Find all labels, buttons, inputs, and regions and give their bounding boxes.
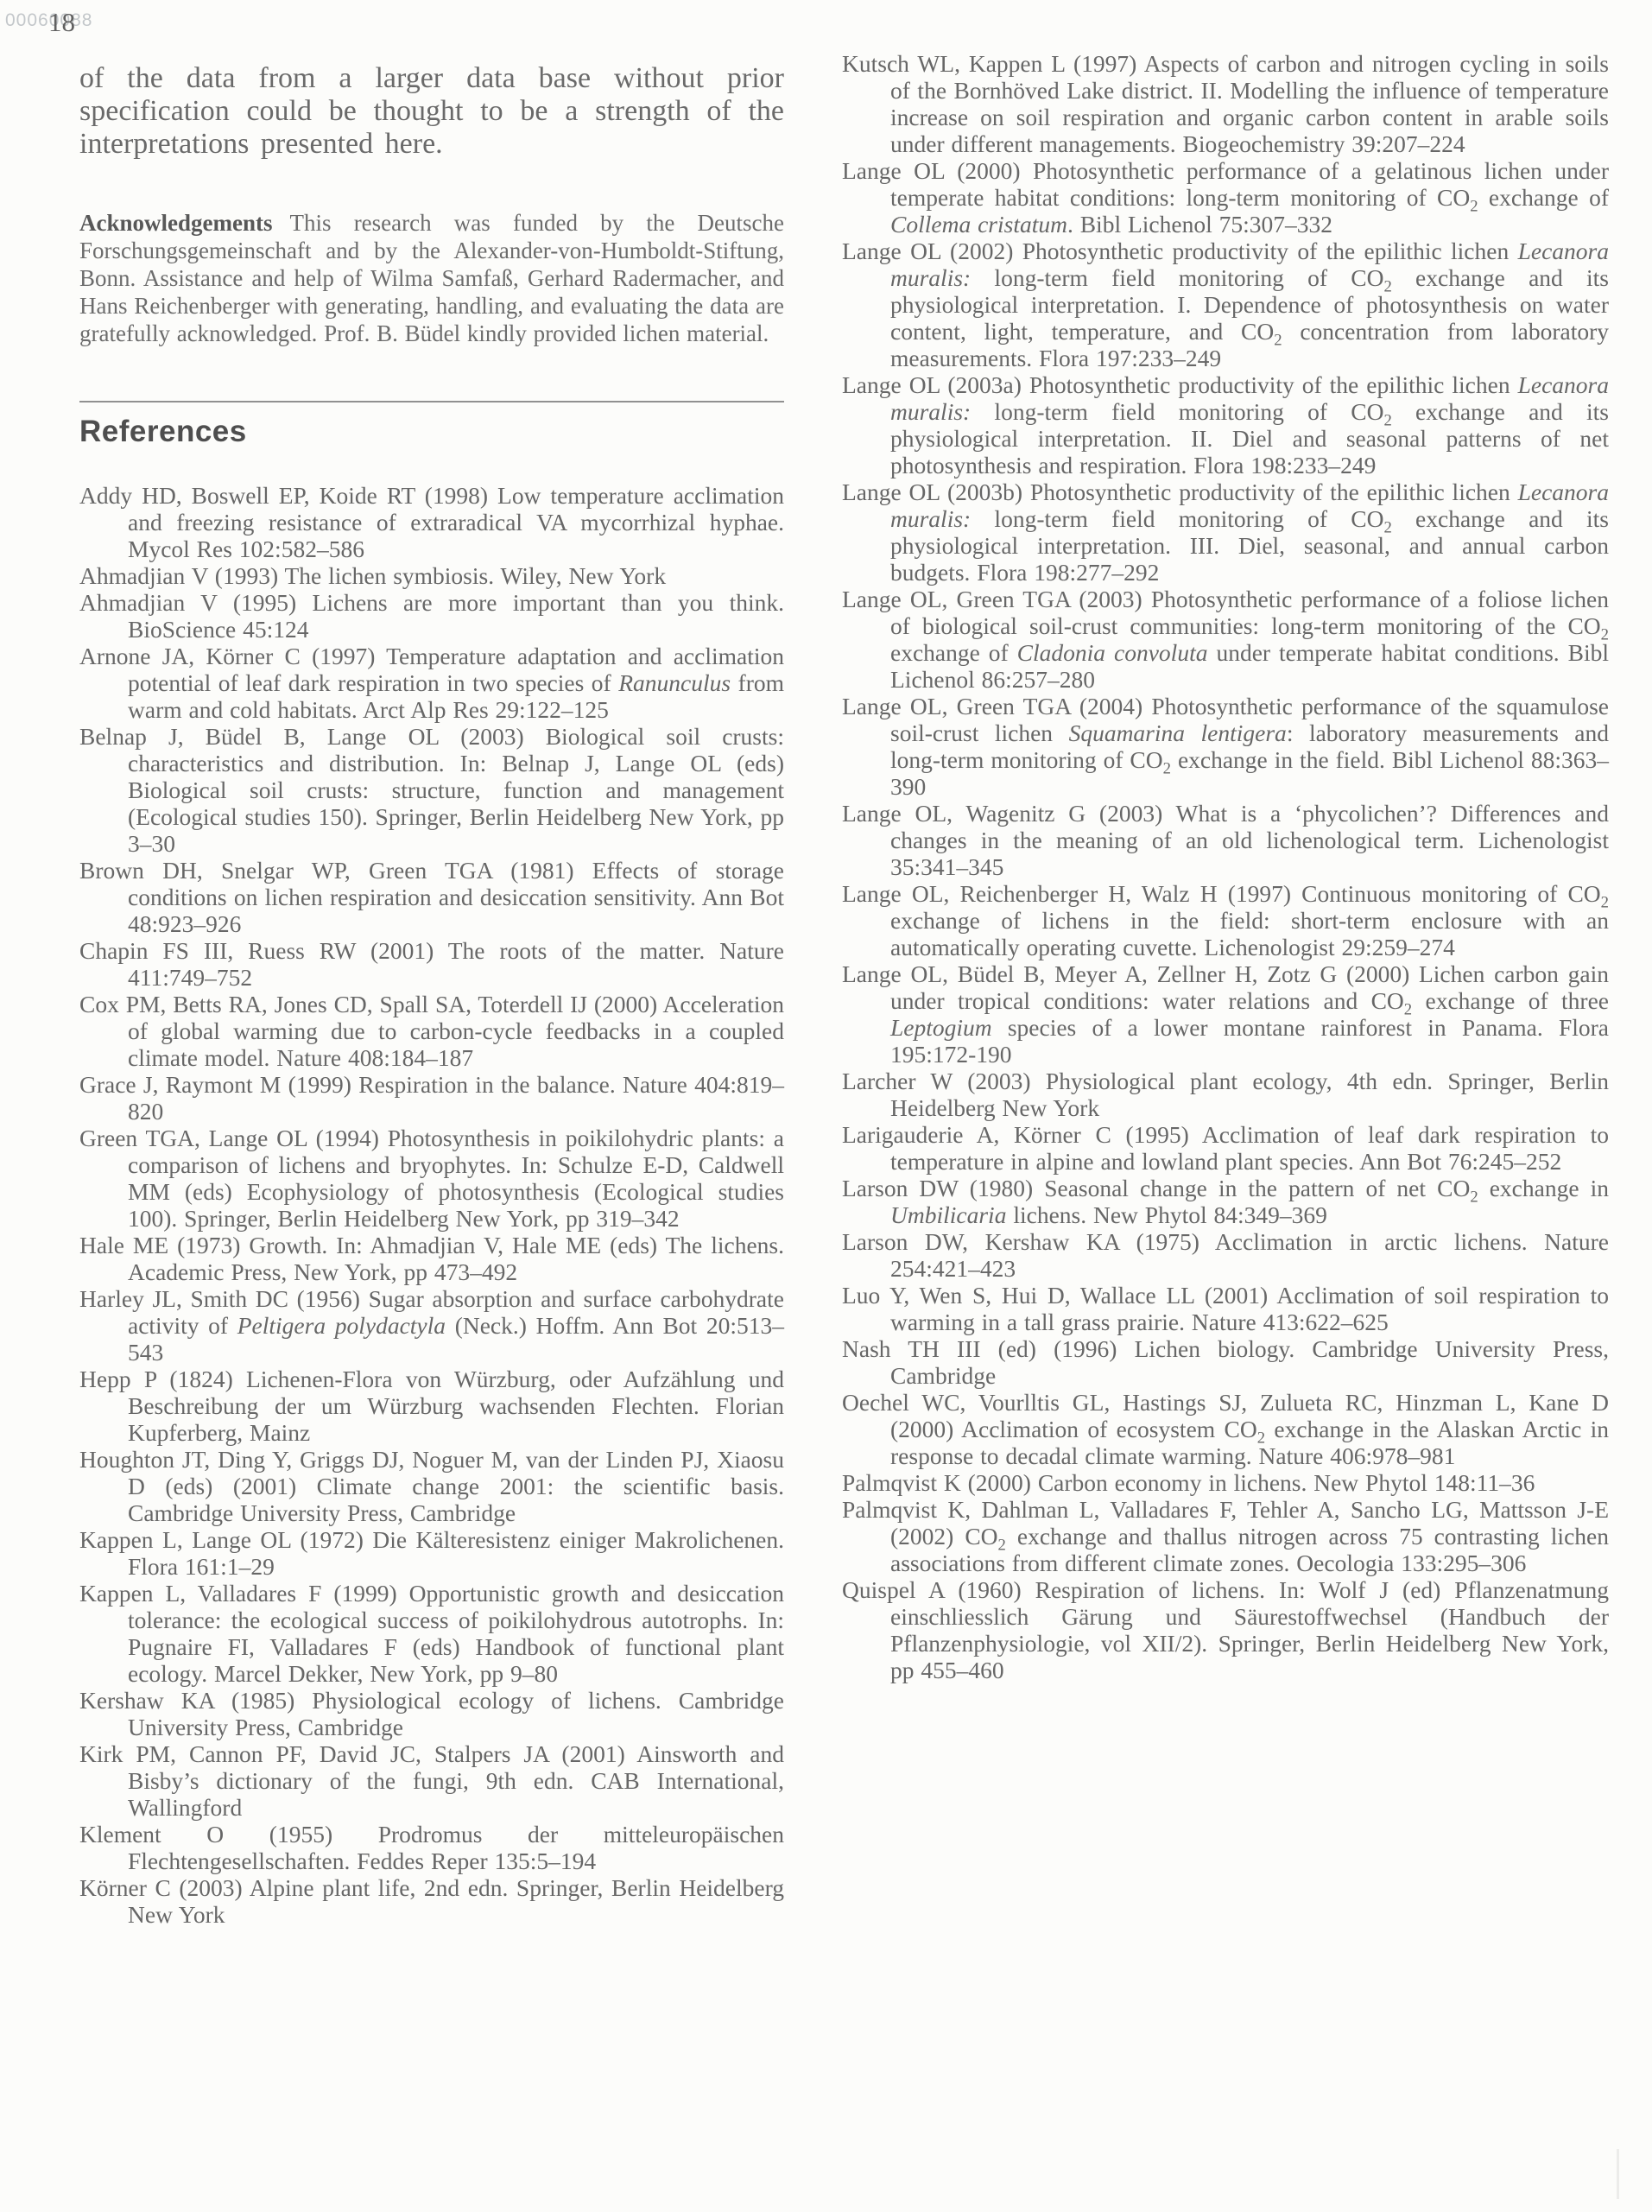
- reference-entry: Cox PM, Betts RA, Jones CD, Spall SA, To…: [79, 991, 784, 1071]
- reference-entry: Ahmadjian V (1993) The lichen symbiosis.…: [79, 562, 784, 589]
- reference-entry: Addy HD, Boswell EP, Koide RT (1998) Low…: [79, 482, 784, 562]
- reference-entry: Lange OL, Green TGA (2004) Photosyntheti…: [842, 693, 1609, 800]
- reference-entry: Arnone JA, Körner C (1997) Temperature a…: [79, 643, 784, 723]
- reference-entry: Kutsch WL, Kappen L (1997) Aspects of ca…: [842, 50, 1609, 157]
- reference-entry: Hepp P (1824) Lichenen-Flora von Würzbur…: [79, 1366, 784, 1446]
- reference-entry: Larson DW, Kershaw KA (1975) Acclimation…: [842, 1228, 1609, 1282]
- body-paragraph: of the data from a larger data base with…: [79, 62, 784, 161]
- right-column: Kutsch WL, Kappen L (1997) Aspects of ca…: [842, 50, 1609, 1683]
- reference-entry: Belnap J, Büdel B, Lange OL (2003) Biolo…: [79, 723, 784, 857]
- reference-entry: Lange OL (2003a) Photosynthetic producti…: [842, 371, 1609, 479]
- reference-entry: Hale ME (1973) Growth. In: Ahmadjian V, …: [79, 1232, 784, 1285]
- reference-entry: Harley JL, Smith DC (1956) Sugar absorpt…: [79, 1285, 784, 1366]
- references-heading: References: [79, 415, 784, 449]
- reference-entry: Larcher W (2003) Physiological plant eco…: [842, 1068, 1609, 1121]
- reference-entry: Kappen L, Valladares F (1999) Opportunis…: [79, 1580, 784, 1687]
- acknowledgements-label: Acknowledgements: [79, 210, 273, 236]
- reference-entry: Lange OL (2003b) Photosynthetic producti…: [842, 479, 1609, 586]
- reference-entry: Luo Y, Wen S, Hui D, Wallace LL (2001) A…: [842, 1282, 1609, 1335]
- reference-entry: Ahmadjian V (1995) Lichens are more impo…: [79, 589, 784, 643]
- reference-entry: Lange OL, Reichenberger H, Walz H (1997)…: [842, 880, 1609, 960]
- reference-entry: Quispel A (1960) Respiration of lichens.…: [842, 1576, 1609, 1683]
- scanned-paper-page: 00060088 18 of the data from a larger da…: [0, 0, 1652, 2212]
- references-list-right: Kutsch WL, Kappen L (1997) Aspects of ca…: [842, 50, 1609, 1683]
- reference-entry: Grace J, Raymont M (1999) Respiration in…: [79, 1071, 784, 1125]
- scan-edge-artifact: [1617, 2149, 1619, 2199]
- reference-entry: Lange OL (2000) Photosynthetic performan…: [842, 157, 1609, 238]
- reference-entry: Körner C (2003) Alpine plant life, 2nd e…: [79, 1874, 784, 1928]
- reference-entry: Brown DH, Snelgar WP, Green TGA (1981) E…: [79, 857, 784, 937]
- reference-entry: Lange OL, Wagenitz G (2003) What is a ‘p…: [842, 800, 1609, 880]
- reference-entry: Green TGA, Lange OL (1994) Photosynthesi…: [79, 1125, 784, 1232]
- reference-entry: Palmqvist K, Dahlman L, Valladares F, Te…: [842, 1496, 1609, 1576]
- reference-entry: Nash TH III (ed) (1996) Lichen biology. …: [842, 1335, 1609, 1389]
- reference-entry: Lange OL (2002) Photosynthetic productiv…: [842, 238, 1609, 371]
- section-divider-rule: [79, 401, 784, 402]
- reference-entry: Oechel WC, Vourlltis GL, Hastings SJ, Zu…: [842, 1389, 1609, 1469]
- left-column: of the data from a larger data base with…: [79, 62, 784, 1928]
- reference-entry: Kirk PM, Cannon PF, David JC, Stalpers J…: [79, 1740, 784, 1821]
- reference-entry: Larson DW (1980) Seasonal change in the …: [842, 1175, 1609, 1228]
- reference-entry: Kershaw KA (1985) Physiological ecology …: [79, 1687, 784, 1740]
- reference-entry: Lange OL, Green TGA (2003) Photosyntheti…: [842, 586, 1609, 693]
- acknowledgements-paragraph: AcknowledgementsThis research was funded…: [79, 209, 784, 347]
- reference-entry: Lange OL, Büdel B, Meyer A, Zellner H, Z…: [842, 960, 1609, 1068]
- reference-entry: Klement O (1955) Prodromus der mitteleur…: [79, 1821, 784, 1874]
- reference-entry: Larigauderie A, Körner C (1995) Acclimat…: [842, 1121, 1609, 1175]
- references-list-left: Addy HD, Boswell EP, Koide RT (1998) Low…: [79, 482, 784, 1928]
- reference-entry: Chapin FS III, Ruess RW (2001) The roots…: [79, 937, 784, 991]
- reference-entry: Houghton JT, Ding Y, Griggs DJ, Noguer M…: [79, 1446, 784, 1526]
- reference-entry: Palmqvist K (2000) Carbon economy in lic…: [842, 1469, 1609, 1496]
- page-number: 18: [48, 7, 75, 38]
- reference-entry: Kappen L, Lange OL (1972) Die Kälteresis…: [79, 1526, 784, 1580]
